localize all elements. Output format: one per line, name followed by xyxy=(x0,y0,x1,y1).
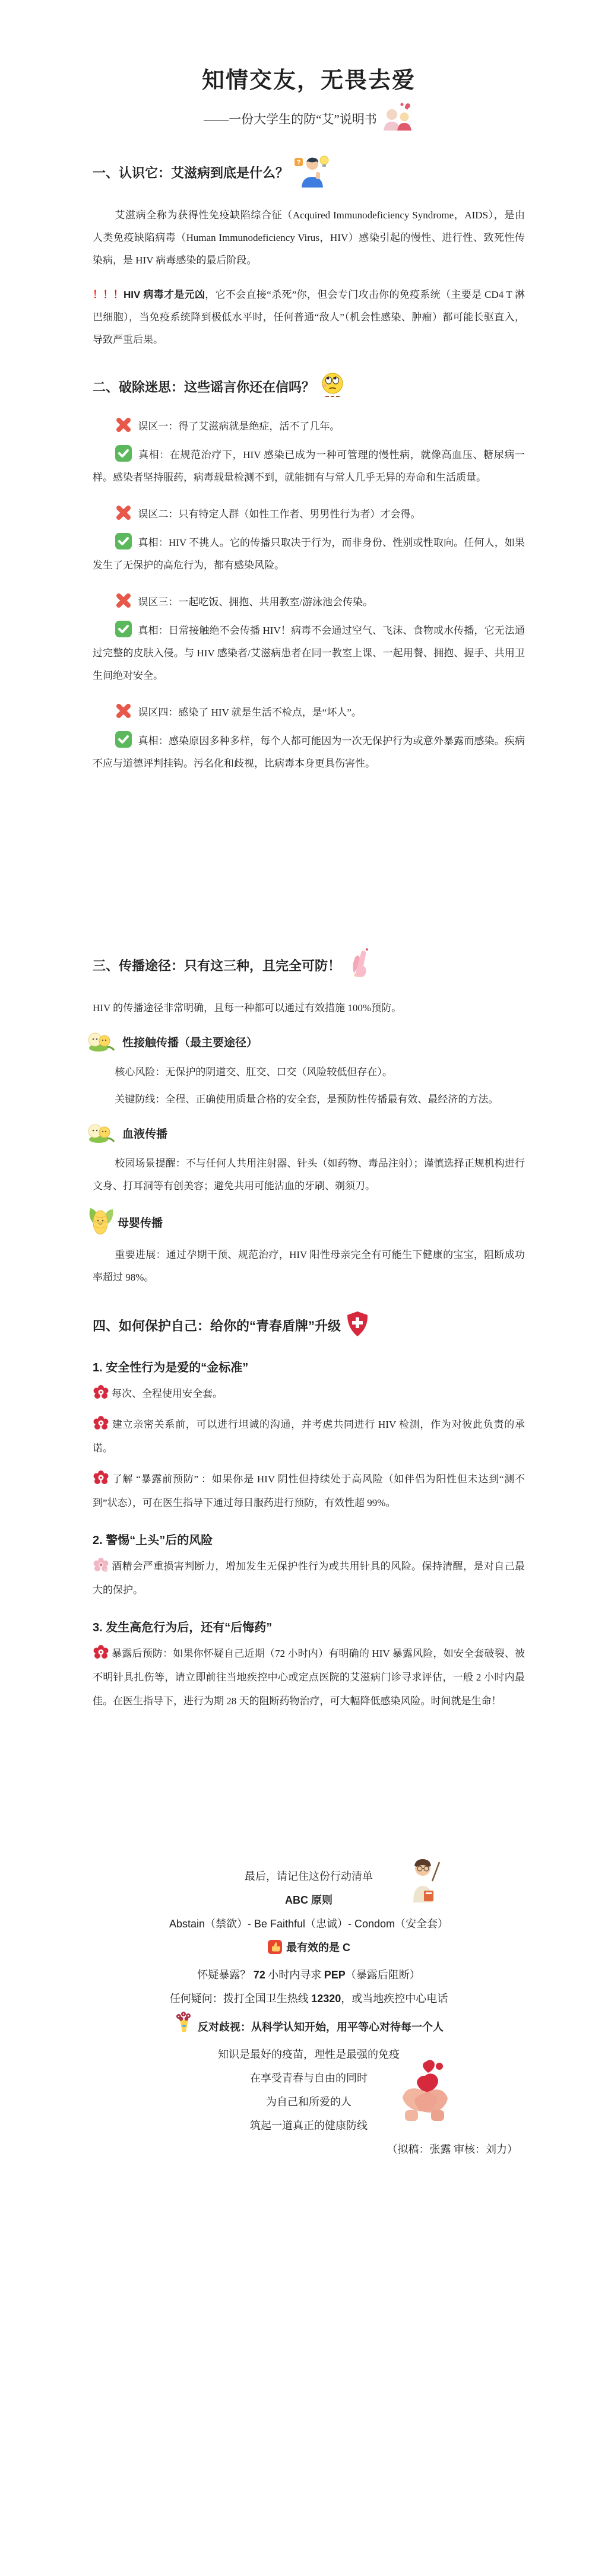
section1-heading-row: 一、认识它：艾滋病到底是什么？ ? xyxy=(93,154,525,192)
red-flower-icon xyxy=(93,1644,109,1661)
subtitle-text: ——一份大学生的防“艾”说明书 xyxy=(204,110,377,128)
cross-mark-icon xyxy=(115,504,132,522)
section3-heading-row: 三、传播途径：只有这三种，且完全可防！ xyxy=(93,947,525,985)
antistigma-line: 反对歧视：从科学认知开始，用平等心对待每一个人 xyxy=(93,2010,525,2043)
sub3-bullet-1: 暴露后预防：如果你怀疑自己近期（72 小时内）有明确的 HIV 暴露风险，如安全… xyxy=(93,1642,525,1713)
sprout-chicks-icon xyxy=(87,1118,119,1148)
hands-holding-heart-icon xyxy=(397,2056,454,2125)
svg-text:?: ? xyxy=(297,159,301,166)
route-sexual-risk: 核心风险：无保护的阴道交、肛交、口交（风险较低但存在）。 xyxy=(93,1061,525,1084)
crossed-fingers-icon xyxy=(346,947,372,985)
check-mark-icon xyxy=(115,532,132,550)
section4-heading-row: 四、如何保护自己：给你的“青春盾牌”升级 xyxy=(93,1310,525,1342)
slogan-loved-ones: 为自己和所爱的人 xyxy=(93,2090,525,2114)
cross-mark-icon xyxy=(115,416,132,434)
section2-heading: 二、破除迷思：这些谣言你还在信吗？ xyxy=(93,379,315,396)
warning-exclamations: ！！！ xyxy=(93,289,123,300)
section1-heading: 一、认识它：艾滋病到底是什么？ xyxy=(93,164,289,182)
myth-item-2: 误区二：只有特定人群（如性工作者、男男性行为者）才会得。 xyxy=(93,503,525,526)
warning-bold-text: HIV 病毒才是元凶 xyxy=(123,289,205,300)
check-mark-icon xyxy=(115,620,132,638)
document-page: 知情交友，无畏去爱 ——一份大学生的防“艾”说明书 一、认识它：艾滋病到底是什么… xyxy=(0,0,608,2576)
companions-icon xyxy=(382,102,414,136)
routes-intro-paragraph: HIV 的传播途径非常明确，且每一种都可以通过有效措施 100%预防。 xyxy=(93,997,525,1019)
myth-item-3: 误区三：一起吃饭、拥抱、共用教室/游泳池会传染。 xyxy=(93,591,525,614)
check-mark-icon xyxy=(115,444,132,462)
sprout-chicks-icon xyxy=(87,1027,119,1056)
myth-item-1: 误区一：得了艾滋病就是绝症，活不了几年。 xyxy=(93,415,525,438)
checklist-intro: 最后，请记住这份行动清单 xyxy=(93,1864,525,1888)
blank-band xyxy=(93,775,525,947)
pep-line: 怀疑暴露？ 72 小时内寻求 PEP（暴露后阻断） xyxy=(93,1963,525,1987)
slogan-youth: 在享受青春与自由的同时 xyxy=(93,2066,525,2090)
blank-band xyxy=(93,1713,525,1864)
route-mother-progress: 重要进展：通过孕期干预、规范治疗，HIV 阳性母亲完全有可能生下健康的宝宝，阻断… xyxy=(93,1244,525,1289)
truth-item-1: 真相：在规范治疗下，HIV 感染已成为一种可管理的慢性病，就像高血压、糖尿病一样… xyxy=(93,444,525,489)
shield-cross-icon xyxy=(346,1310,369,1342)
cross-mark-icon xyxy=(115,702,132,720)
abc-principle-line: Abstain（禁欲）- Be Faithful（忠诚）- Condom（安全套… xyxy=(93,1912,525,1936)
slogan-defense: 筑起一道真正的健康防线 xyxy=(93,2114,525,2137)
route-blood-heading: 血液传播 xyxy=(87,1118,525,1148)
praise-hand-icon xyxy=(267,1939,283,1963)
section2-heading-row: 二、破除迷思：这些谣言你还在信吗？ xyxy=(93,371,525,404)
rolling-eyes-face-icon xyxy=(319,371,347,404)
aids-definition-paragraph: 艾滋病全称为获得性免疫缺陷综合征（Acquired Immunodeficien… xyxy=(93,204,525,272)
route-sexual-heading: 性接触传播（最主要途径） xyxy=(87,1027,525,1056)
sub2-bullet-1: 酒精会严重损害判断力，增加发生无保护性行为或共用针具的风险。保持清醒，是对自己最… xyxy=(93,1555,525,1602)
credits-line: （拟稿：张露 审核：刘力） xyxy=(93,2137,525,2161)
thinking-person-icon: ? xyxy=(293,154,330,192)
route-blood-reminder: 校园场景提醒：不与任何人共用注射器、针头（如药物、毒品注射）；谨慎选择正规机构进… xyxy=(93,1152,525,1198)
action-checklist: 最后，请记住这份行动清单 ABC 原则 Abstain（禁欲）- Be Fait… xyxy=(93,1864,525,2161)
hiv-warning-paragraph: ！！！HIV 病毒才是元凶，它不会直接“杀死”你，但会专门攻击你的免疫系统（主要… xyxy=(93,284,525,351)
sub1-bullet-3: 了解 “暴露前预防” ：如果你是 HIV 阴性但持续处于高风险（如伴侣为阳性但未… xyxy=(93,1468,525,1515)
red-flower-icon xyxy=(93,1415,109,1432)
cross-mark-icon xyxy=(115,592,132,609)
red-flower-icon xyxy=(93,1384,109,1401)
teacher-icon xyxy=(406,1857,442,1908)
corn-icon xyxy=(87,1205,114,1239)
page-title: 知情交友，无畏去爱 xyxy=(93,66,525,95)
red-flower-icon xyxy=(93,1470,109,1486)
section3-heading: 三、传播途径：只有这三种，且完全可防！ xyxy=(93,957,341,975)
truth-item-2: 真相：HIV 不挑人。它的传播只取决于行为，而非身份、性别或性取向。任何人，如果… xyxy=(93,532,525,577)
truth-item-4: 真相：感染原因多种多样，每个人都可能因为一次无保护行为或意外暴露而感染。疾病不应… xyxy=(93,730,525,775)
truth-item-3: 真相：日常接触绝不会传播 HIV！病毒不会通过空气、飞沫、食物或水传播，它无法通… xyxy=(93,620,525,687)
best-option-line: 最有效的是 C xyxy=(93,1936,525,1963)
abc-principle-title: ABC 原则 xyxy=(93,1888,525,1912)
route-mother-heading: 母婴传播 xyxy=(87,1205,525,1239)
sub1-bullet-1: 每次、全程使用安全套。 xyxy=(93,1382,525,1406)
route-sexual-defense: 关键防线：全程、正确使用质量合格的安全套，是预防性传播最有效、最经济的方法。 xyxy=(93,1088,525,1111)
check-mark-icon xyxy=(115,730,132,748)
pink-flower-icon xyxy=(93,1557,109,1574)
sub1-title: 1. 安全性行为是爱的“金标准” xyxy=(93,1358,525,1375)
slogan-knowledge: 知识是最好的疫苗，理性是最强的免疫 xyxy=(93,2043,525,2066)
sub3-title: 3. 发生高危行为后，还有“后悔药” xyxy=(93,1618,525,1635)
sub2-title: 2. 警惕“上头”后的风险 xyxy=(93,1530,525,1548)
myth-item-4: 误区四：感染了 HIV 就是生活不检点，是“坏人”。 xyxy=(93,701,525,724)
subtitle-row: ——一份大学生的防“艾”说明书 xyxy=(93,102,525,136)
bouquet-icon xyxy=(174,2010,194,2043)
hotline-line: 任何疑问：拨打全国卫生热线 12320，或当地疾控中心电话 xyxy=(93,1987,525,2010)
section4-heading: 四、如何保护自己：给你的“青春盾牌”升级 xyxy=(93,1317,341,1335)
sub1-bullet-2: 建立亲密关系前，可以进行坦诚的沟通，并考虑共同进行 HIV 检测，作为对彼此负责… xyxy=(93,1413,525,1460)
